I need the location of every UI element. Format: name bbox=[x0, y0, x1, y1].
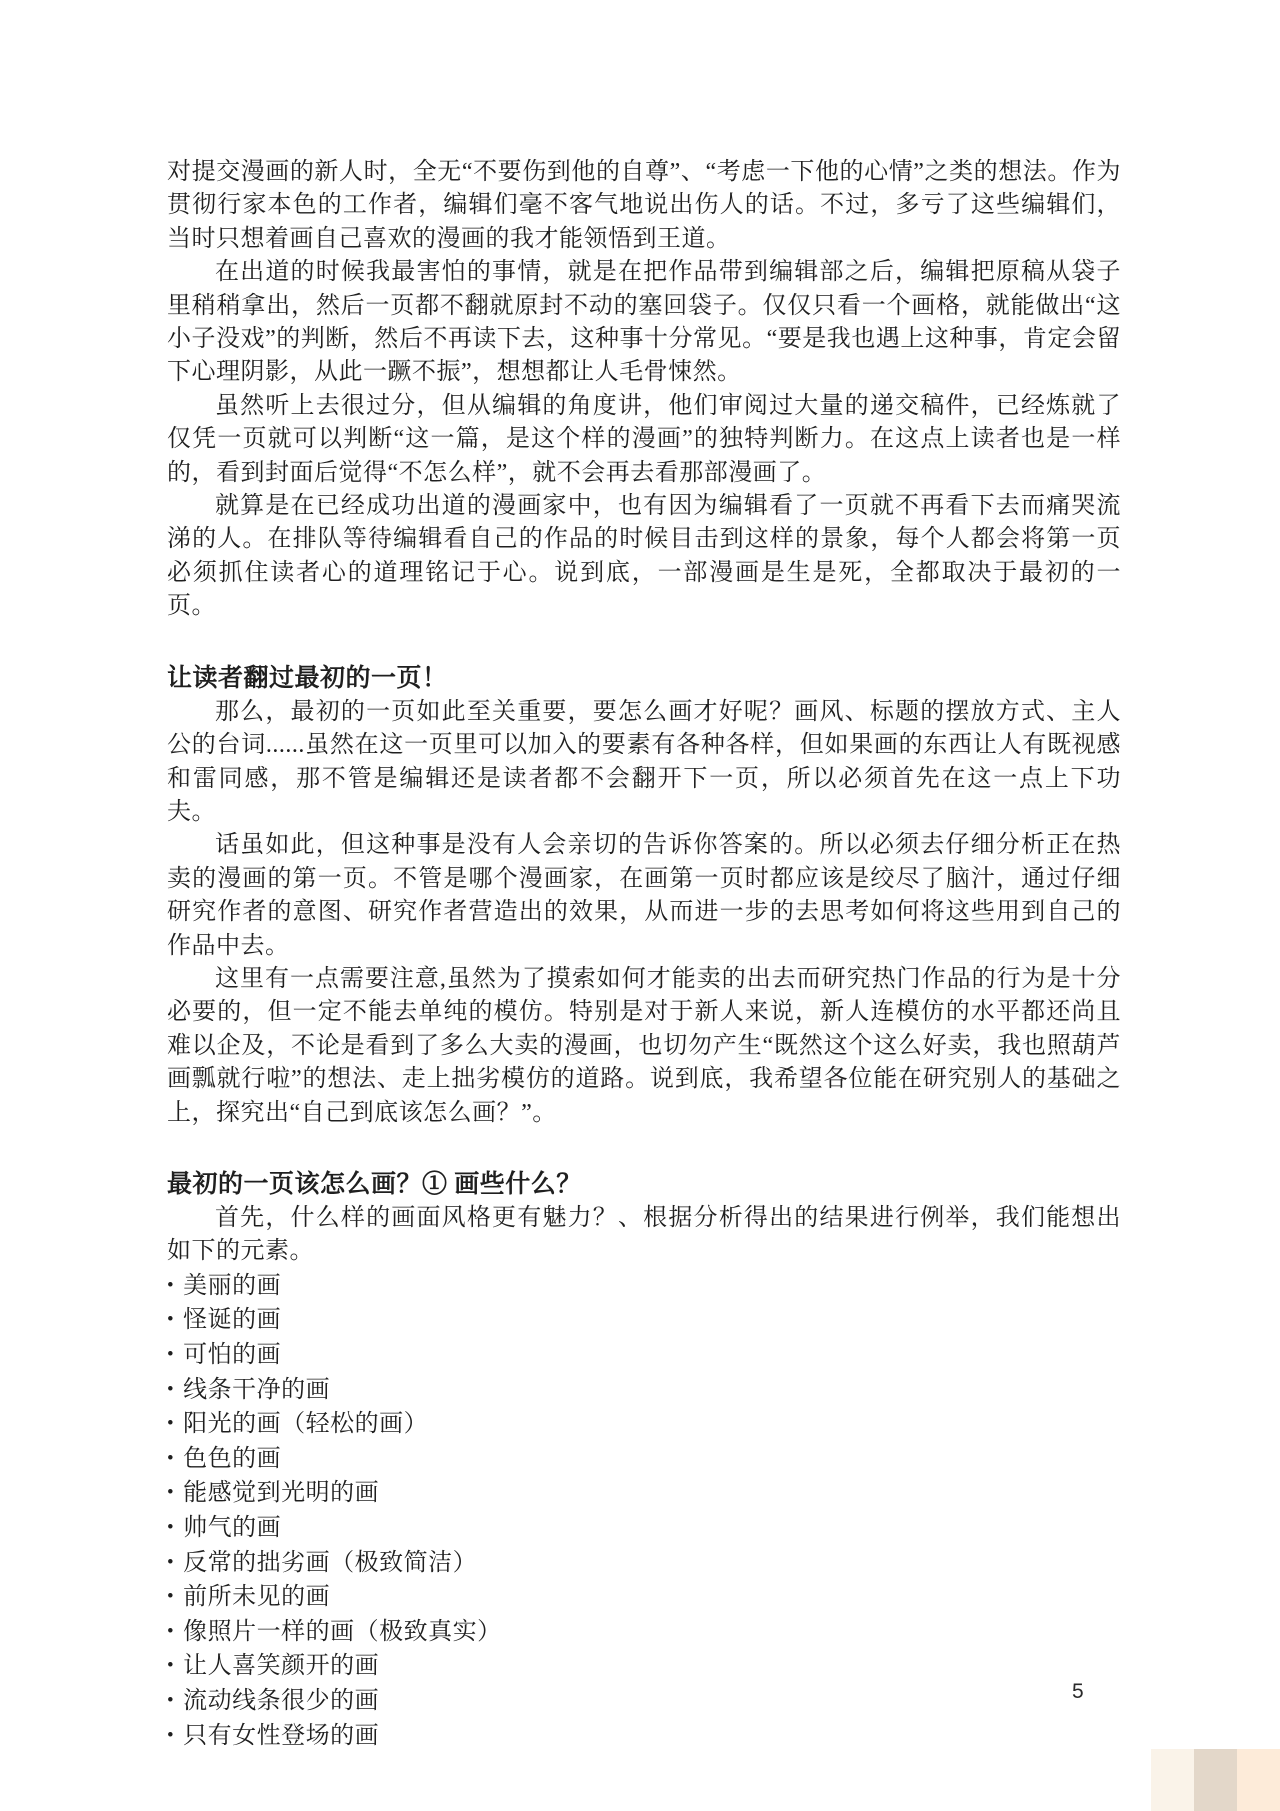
list-item: •像照片一样的画（极致真实） bbox=[167, 1615, 1121, 1650]
bullet-icon: • bbox=[167, 1719, 174, 1753]
bullet-icon: • bbox=[167, 1373, 174, 1407]
paragraph: 在出道的时候我最害怕的事情，就是在把作品带到编辑部之后，编辑把原稿从袋子里稍稍拿… bbox=[167, 256, 1121, 390]
page-content: 对提交漫画的新人时，全无“不要伤到他的自尊”、“考虑一下他的心情”之类的想法。作… bbox=[167, 156, 1121, 1753]
corner-stripe-2 bbox=[1194, 1749, 1237, 1811]
bullet-icon: • bbox=[167, 1684, 174, 1718]
list-item: •可怕的画 bbox=[167, 1338, 1121, 1373]
bullet-icon: • bbox=[167, 1407, 174, 1441]
list-item: •线条干净的画 bbox=[167, 1373, 1121, 1408]
corner-stripe-3 bbox=[1237, 1749, 1280, 1811]
list-item: •反常的拙劣画（极致简洁） bbox=[167, 1546, 1121, 1581]
corner-decoration bbox=[1151, 1749, 1280, 1811]
list-item: •阳光的画（轻松的画） bbox=[167, 1407, 1121, 1442]
list-item: •前所未见的画 bbox=[167, 1580, 1121, 1615]
page-number: 5 bbox=[1072, 1680, 1084, 1704]
list-item-label: 阳光的画（轻松的画） bbox=[183, 1411, 428, 1437]
bullet-icon: • bbox=[167, 1615, 174, 1649]
list-item-label: 能感觉到光明的画 bbox=[183, 1480, 379, 1506]
list-item-label: 美丽的画 bbox=[183, 1273, 281, 1299]
list-item: •帅气的画 bbox=[167, 1511, 1121, 1546]
bullet-icon: • bbox=[167, 1580, 174, 1614]
list-item-label: 可怕的画 bbox=[183, 1342, 281, 1368]
list-item-label: 像照片一样的画（极致真实） bbox=[183, 1619, 502, 1645]
list-item: •怪诞的画 bbox=[167, 1303, 1121, 1338]
bullet-icon: • bbox=[167, 1649, 174, 1683]
bullet-icon: • bbox=[167, 1338, 174, 1372]
list-item-label: 前所未见的画 bbox=[183, 1584, 330, 1610]
bullet-icon: • bbox=[167, 1269, 174, 1303]
list-item: •色色的画 bbox=[167, 1442, 1121, 1477]
paragraph: 首先，什么样的画面风格更有魅力？、根据分析得出的结果进行例举，我们能想出如下的元… bbox=[167, 1202, 1121, 1269]
bullet-icon: • bbox=[167, 1303, 174, 1337]
section-heading-turn-first-page: 让读者翻过最初的一页！ bbox=[167, 662, 1121, 696]
list-item-label: 流动线条很少的画 bbox=[183, 1688, 379, 1714]
bullet-list: •美丽的画 •怪诞的画 •可怕的画 •线条干净的画 •阳光的画（轻松的画） •色… bbox=[167, 1269, 1121, 1753]
list-item-label: 帅气的画 bbox=[183, 1515, 281, 1541]
paragraph: 这里有一点需要注意,虽然为了摸索如何才能卖的出去而研究热门作品的行为是十分必要的… bbox=[167, 963, 1121, 1130]
paragraph: 就算是在已经成功出道的漫画家中，也有因为编辑看了一页就不再看下去而痛哭流涕的人。… bbox=[167, 490, 1121, 624]
list-item: •能感觉到光明的画 bbox=[167, 1476, 1121, 1511]
paragraph: 那么，最初的一页如此至关重要，要怎么画才好呢？画风、标题的摆放方式、主人公的台词… bbox=[167, 696, 1121, 830]
list-item-label: 怪诞的画 bbox=[183, 1307, 281, 1333]
bullet-icon: • bbox=[167, 1546, 174, 1580]
paragraph: 虽然听上去很过分，但从编辑的角度讲，他们审阅过大量的递交稿件，已经炼就了仅凭一页… bbox=[167, 390, 1121, 490]
corner-stripe-1 bbox=[1151, 1749, 1194, 1811]
list-item: •让人喜笑颜开的画 bbox=[167, 1649, 1121, 1684]
list-item-label: 反常的拙劣画（极致简洁） bbox=[183, 1550, 477, 1576]
list-item: •只有女性登场的画 bbox=[167, 1719, 1121, 1754]
list-item-label: 只有女性登场的画 bbox=[183, 1723, 379, 1749]
list-item-label: 让人喜笑颜开的画 bbox=[183, 1653, 379, 1679]
bullet-icon: • bbox=[167, 1442, 174, 1476]
list-item: •流动线条很少的画 bbox=[167, 1684, 1121, 1719]
list-item-label: 线条干净的画 bbox=[183, 1377, 330, 1403]
paragraph: 话虽如此，但这种事是没有人会亲切的告诉你答案的。所以必须去仔细分析正在热卖的漫画… bbox=[167, 829, 1121, 963]
section-heading-how-to-draw-first-page: 最初的一页该怎么画？① 画些什么？ bbox=[167, 1168, 1121, 1202]
bullet-icon: • bbox=[167, 1511, 174, 1545]
list-item: •美丽的画 bbox=[167, 1269, 1121, 1304]
list-item-label: 色色的画 bbox=[183, 1446, 281, 1472]
document-page: 对提交漫画的新人时，全无“不要伤到他的自尊”、“考虑一下他的心情”之类的想法。作… bbox=[0, 0, 1280, 1811]
bullet-icon: • bbox=[167, 1476, 174, 1510]
paragraph: 对提交漫画的新人时，全无“不要伤到他的自尊”、“考虑一下他的心情”之类的想法。作… bbox=[167, 156, 1121, 256]
